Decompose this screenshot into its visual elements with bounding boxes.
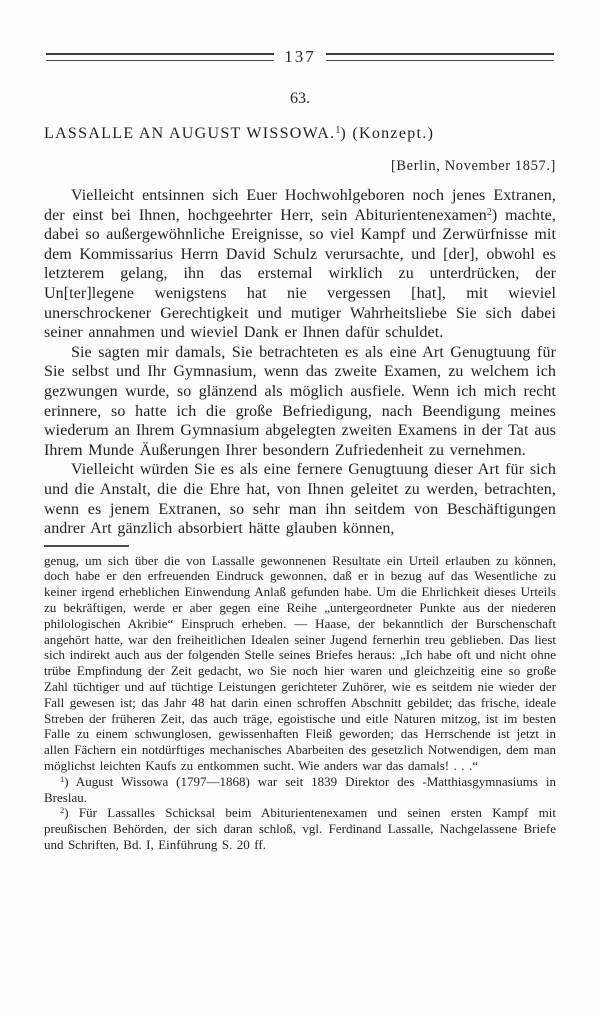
footnote-continuation: genug, um sich über die von Lassalle gew…: [44, 553, 556, 774]
footnote-2-text: ) Für Lassalles Schicksal beim Abiturien…: [44, 805, 556, 852]
paragraph-1: Vielleicht entsinnen sich Euer Hochwohlg…: [44, 186, 556, 343]
scanned-book-page: 137 63. LASSALLE AN AUGUST WISSOWA.1) (K…: [0, 0, 600, 1015]
paragraph-2: Sie sagten mir damals, Sie betrachteten …: [44, 343, 556, 461]
footnote-1-text: ) August Wissowa (1797—1868) war seit 18…: [44, 774, 556, 805]
paragraph-1-post: ) machte, dabei so außergewöhnliche Erei…: [44, 207, 556, 342]
paragraph-3: Vielleicht würden Sie es als eine ferner…: [44, 460, 556, 538]
paragraph-1-pre: Vielleicht entsinnen sich Euer Hochwohlg…: [44, 187, 556, 224]
footnotes-block: genug, um sich über die von Lassalle gew…: [44, 553, 556, 853]
footnote-1: 1) August Wissowa (1797—1868) war seit 1…: [44, 774, 556, 806]
letter-title-main: LASSALLE AN AUGUST WISSOWA.: [44, 125, 335, 142]
letter-dateline: [Berlin, November 1857.]: [44, 158, 556, 175]
footnote-2: 2) Für Lassalles Schicksal beim Abiturie…: [44, 805, 556, 852]
page-header: 137: [46, 48, 554, 66]
header-rule-right: [326, 53, 554, 61]
page-number: 137: [274, 48, 326, 65]
letter-body: Vielleicht entsinnen sich Euer Hochwohlg…: [44, 186, 556, 539]
section-number: 63.: [44, 90, 556, 108]
letter-title: LASSALLE AN AUGUST WISSOWA.1) (Konzept.): [44, 125, 556, 143]
letter-title-suffix: ) (Konzept.): [340, 125, 434, 142]
header-rule-left: [46, 53, 274, 61]
footnote-separator: [44, 545, 129, 547]
